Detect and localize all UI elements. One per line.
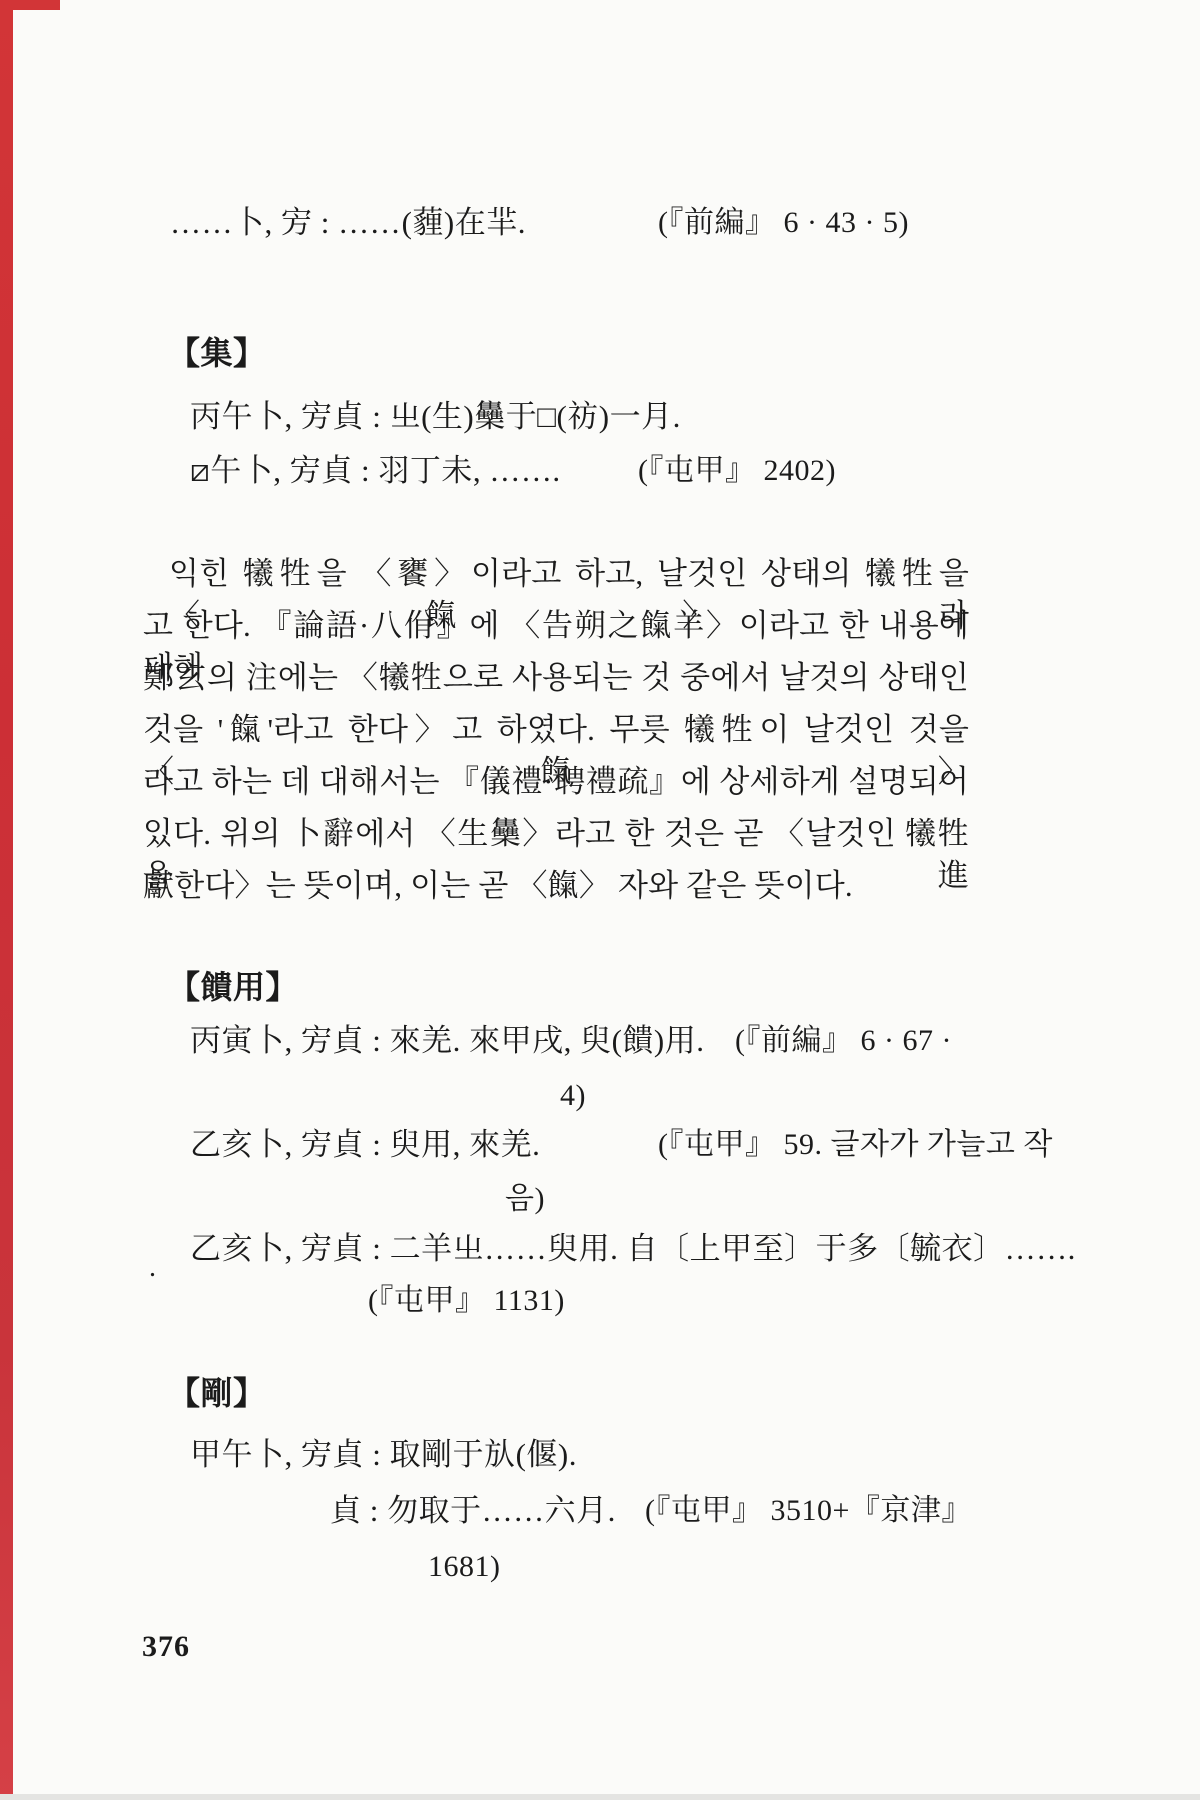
inscription-line: 乙亥卜, 㝑貞 : 二羊㞢……臾用. 自〔上甲至〕于多〔毓衣〕…….: [190, 1228, 1076, 1270]
commentary-line: 獻한다〉는 뜻이며, 이는 곧 〈餼〉 자와 같은 뜻이다.: [143, 865, 969, 907]
inscription-line: 甲午卜, 㝑貞 : 取剛于㫃(偃).: [190, 1434, 577, 1476]
book-edge-red-stripe: [0, 0, 13, 1800]
page-number: 376: [142, 1630, 190, 1664]
stray-ink-dot: .: [149, 1252, 156, 1284]
citation-continuation: 4): [560, 1075, 586, 1117]
inscription-line: ……卜, 㝑 : ……𠚕(薶)在羋.: [170, 202, 526, 244]
inscription-line: ⧄午卜, 㝑貞 : 羽丁未, …….: [190, 450, 561, 492]
inscription-line: 乙亥卜, 㝑貞 : 臾用, 來羌.: [190, 1124, 540, 1166]
inscription-line: 丙寅卜, 㝑貞 : 來羌. 來甲戌, 臾(饋)用.: [190, 1020, 705, 1062]
entry-headword-ji: 【集】: [168, 332, 266, 374]
book-edge-red-top: [0, 0, 60, 10]
scan-bottom-edge: [0, 1794, 1200, 1800]
citation-continuation: (『屯甲』 1131): [368, 1280, 565, 1322]
inscription-line: 丙午卜, 㝑貞 : 㞢(生)雧于□(祊)一月.: [190, 396, 681, 438]
entry-headword-kweiyong: 【饋用】: [168, 966, 298, 1008]
scanned-book-page: ……卜, 㝑 : ……𠚕(薶)在羋. (『前編』 6 · 43 · 5) 【集】…: [0, 0, 1200, 1800]
citation-continuation: 음): [505, 1178, 545, 1220]
citation: (『屯甲』 59. 글자가 가늘고 작: [658, 1124, 1053, 1166]
citation: (『屯甲』 2402): [638, 450, 836, 492]
citation-continuation: 1681): [428, 1546, 501, 1588]
commentary-line: 라고 하는 데 대해서는 『儀禮·聘禮疏』에 상세하게 설명되어: [143, 761, 969, 803]
inscription-line: 貞 : 勿取于……六月.: [330, 1490, 616, 1532]
citation: (『前編』 6 · 67 ·: [735, 1020, 952, 1062]
citation: (『屯甲』 3510+『京津』: [645, 1490, 972, 1532]
entry-headword-gang: 【剛】: [168, 1372, 266, 1414]
citation: (『前編』 6 · 43 · 5): [658, 202, 909, 244]
commentary-line: 鄭玄의 注에는 〈犧牲으로 사용되는 것 중에서 날것의 상태인: [143, 657, 969, 699]
